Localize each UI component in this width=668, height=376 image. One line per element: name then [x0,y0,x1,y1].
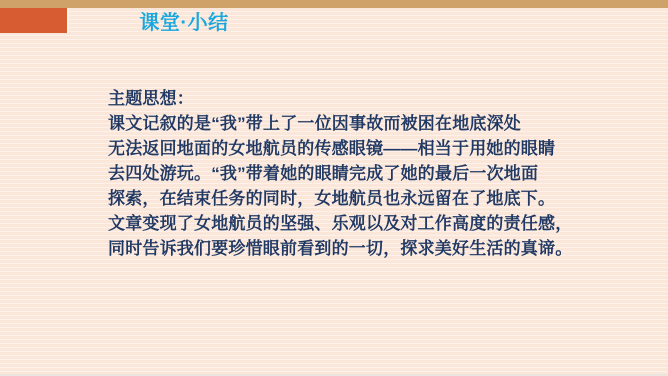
top-accent-bar [0,0,668,8]
body-line: 去四处游玩。“我”带着她的眼睛完成了她的最后一次地面 [108,161,572,186]
body-line: 文章变现了女地航员的坚强、乐观以及对工作高度的责任感， [108,211,572,236]
header: 课堂·小结 [0,8,368,33]
body-line: 无法返回地面的女地航员的传感眼镜——相当于用她的眼睛 [108,136,572,161]
body-line: 同时告诉我们要珍惜眼前看到的一切，探求美好生活的真谛。 [108,236,572,261]
body-line: 探索，在结束任务的同时，女地航员也永远留在了地底下。 [108,186,572,211]
body-text-block: 主题思想： 课文记叙的是“我”带上了一位因事故而被困在地底深处 无法返回地面的女… [108,86,572,261]
slide-canvas: 课堂·小结 主题思想： 课文记叙的是“我”带上了一位因事故而被困在地底深处 无法… [0,0,668,376]
slide-title: 课堂·小结 [139,6,228,35]
body-line: 课文记叙的是“我”带上了一位因事故而被困在地底深处 [108,111,572,136]
body-heading: 主题思想： [108,86,572,111]
